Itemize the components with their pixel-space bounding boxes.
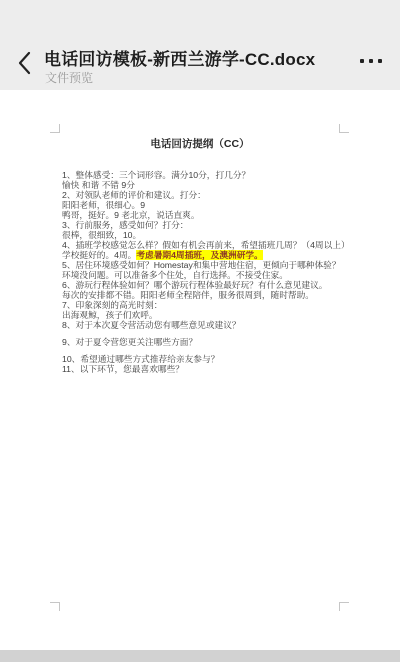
highlighted-text: 考虑暑期4周插班，及澳洲研学。	[136, 250, 262, 260]
doc-line: 10、希望通过哪些方式推荐给亲友参与？	[62, 354, 354, 364]
doc-text: 出海观鲸，孩子们欢呼。	[62, 310, 158, 320]
doc-line: 5、居住环境感受如何？Homestay和集中营地住宿，更倾向于哪种体验？	[62, 260, 354, 270]
doc-text: 愉快 和谐 不错 9分	[62, 180, 135, 190]
doc-blank-line	[62, 347, 354, 354]
margin-mark-top-right	[339, 124, 349, 133]
doc-text: 阳阳老师，很细心。9	[62, 200, 145, 210]
doc-line: 愉快 和谐 不错 9分	[62, 180, 354, 190]
doc-line: 7、印象深刻的高光时刻：	[62, 300, 354, 310]
doc-line: 2、对领队老师的评价和建议。打分：	[62, 190, 354, 200]
doc-blank-line	[62, 330, 354, 337]
doc-text: 1、整体感受：三个词形容。满分10分，打几分？	[62, 170, 250, 180]
doc-text: 6、游玩行程体验如何？哪个游玩行程体验最好玩？有什么意见建议。	[62, 280, 327, 290]
doc-line: 阳阳老师，很细心。9	[62, 200, 354, 210]
doc-text: 鸭哥，挺好。9 老北京，说话直爽。	[62, 210, 200, 220]
doc-text: 7、印象深刻的高光时刻：	[62, 300, 162, 310]
preview-header: 电话回访模板-新西兰游学-CC.docx 文件预览	[0, 0, 400, 90]
margin-mark-bottom-left	[50, 602, 60, 611]
doc-line: 鸭哥，挺好。9 老北京，说话直爽。	[62, 210, 354, 220]
more-menu-button[interactable]	[352, 48, 390, 74]
document-page[interactable]: 电话回访提纲（CC） 1、整体感受：三个词形容。满分10分，打几分？愉快 和谐 …	[0, 90, 400, 650]
doc-text: 3、行前服务，感受如何？打分：	[62, 220, 188, 230]
doc-text: 环境没问题。可以准备多个住处，自行选择。不接受住家。	[62, 270, 288, 280]
back-button[interactable]	[10, 48, 38, 78]
doc-text: 5、居住环境感受如何？Homestay和集中营地住宿，更倾向于哪种体验？	[62, 260, 341, 270]
doc-text: 每次的安排都不错。阳阳老师全程陪伴，服务很周到，随时帮助。	[62, 290, 314, 300]
doc-text: 10、希望通过哪些方式推荐给亲友参与？	[62, 354, 219, 364]
file-title: 电话回访模板-新西兰游学-CC.docx	[44, 45, 344, 70]
doc-line: 每次的安排都不错。阳阳老师全程陪伴，服务很周到，随时帮助。	[62, 290, 354, 300]
doc-text: 4、插班学校感觉怎么样？假如有机会再前来，希望插班几周？（4周以上）	[62, 240, 350, 250]
doc-line: 6、游玩行程体验如何？哪个游玩行程体验最好玩？有什么意见建议。	[62, 280, 354, 290]
page-end-gap	[0, 650, 400, 662]
doc-line: 环境没问题。可以准备多个住处，自行选择。不接受住家。	[62, 270, 354, 280]
doc-line: 3、行前服务，感受如何？打分：	[62, 220, 354, 230]
doc-line: 很棒，很细致，10。	[62, 230, 354, 240]
doc-text: 11、以下环节，您最喜欢哪些？	[62, 364, 184, 374]
doc-text: 8、对于本次夏令营活动您有哪些意见或建议？	[62, 320, 241, 330]
doc-text: 9、对于夏令营您更关注哪些方面？	[62, 337, 197, 347]
document-title: 电话回访提纲（CC）	[0, 136, 400, 151]
chevron-left-icon	[18, 51, 31, 75]
doc-line: 8、对于本次夏令营活动您有哪些意见或建议？	[62, 320, 354, 330]
margin-mark-top-left	[50, 124, 60, 133]
doc-text: 很棒，很细致，10。	[62, 230, 141, 240]
doc-body: 1、整体感受：三个词形容。满分10分，打几分？愉快 和谐 不错 9分2、对领队老…	[62, 170, 354, 374]
doc-line: 11、以下环节，您最喜欢哪些？	[62, 364, 354, 374]
doc-line: 出海观鲸，孩子们欢呼。	[62, 310, 354, 320]
ellipsis-icon	[360, 59, 382, 63]
preview-subtitle: 文件预览	[45, 69, 93, 86]
doc-text: 学校挺好的。4周。	[62, 250, 136, 260]
margin-mark-bottom-right	[339, 602, 349, 611]
doc-text: 2、对领队老师的评价和建议。打分：	[62, 190, 206, 200]
doc-line: 9、对于夏令营您更关注哪些方面？	[62, 337, 354, 347]
doc-line: 学校挺好的。4周。考虑暑期4周插班，及澳洲研学。	[62, 250, 354, 260]
doc-line: 4、插班学校感觉怎么样？假如有机会再前来，希望插班几周？（4周以上）	[62, 240, 354, 250]
doc-line: 1、整体感受：三个词形容。满分10分，打几分？	[62, 170, 354, 180]
